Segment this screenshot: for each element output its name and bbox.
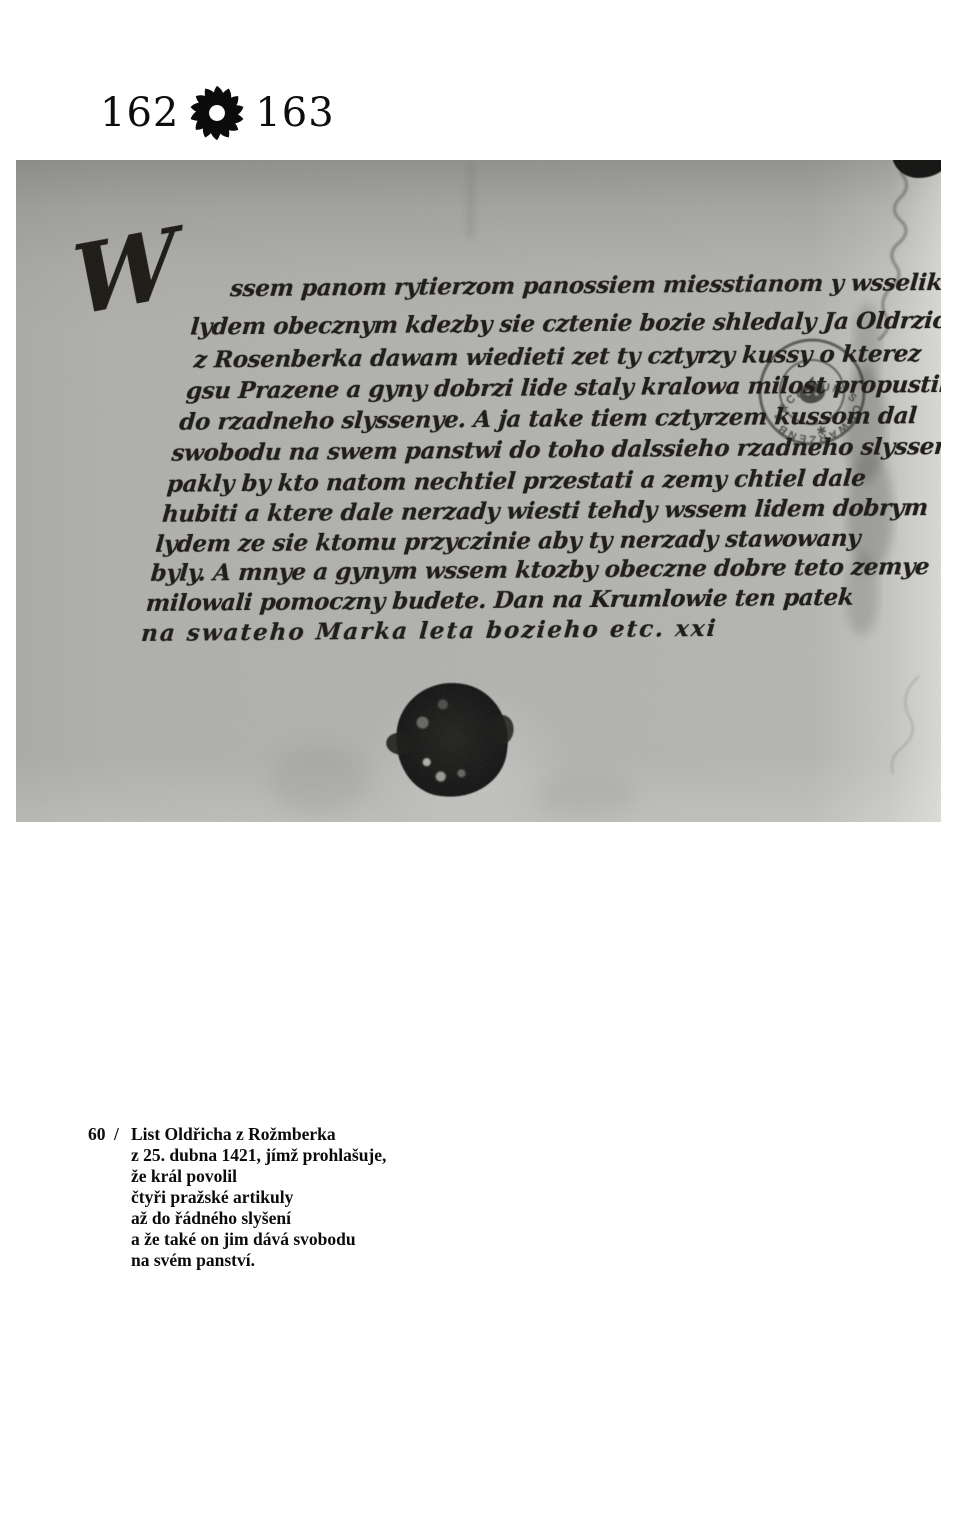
page-header: 162 163 [100, 84, 335, 142]
page-number-left: 162 [100, 85, 179, 141]
caption-line: z 25. dubna 1421, jímž prohlašuje, [131, 1145, 386, 1166]
caption-line: na svém panství. [131, 1250, 386, 1271]
page-number-right: 163 [255, 85, 334, 141]
caption-separator: / [114, 1124, 131, 1145]
caption-number: 60 [88, 1124, 114, 1145]
caption-line: že král povolil [131, 1166, 386, 1187]
caption-line: až do řádného slyšení [131, 1208, 386, 1229]
book-page: 162 163 [0, 0, 960, 1534]
caption-line: čtyři pražské artikuly [131, 1187, 386, 1208]
caption-line: List Oldřicha z Rožmberka [131, 1124, 336, 1145]
figure-caption: 60 / List Oldřicha z Rožmberka z 25. dub… [88, 1124, 386, 1271]
manuscript-photo: ARCHIVUM SCHWARZENBERGICUM ✱ W ssem pano… [16, 160, 941, 822]
caption-line: a že také on jim dává svobodu [131, 1229, 386, 1250]
photo-grain [16, 160, 941, 822]
pinwheel-ornament-icon [188, 84, 246, 142]
